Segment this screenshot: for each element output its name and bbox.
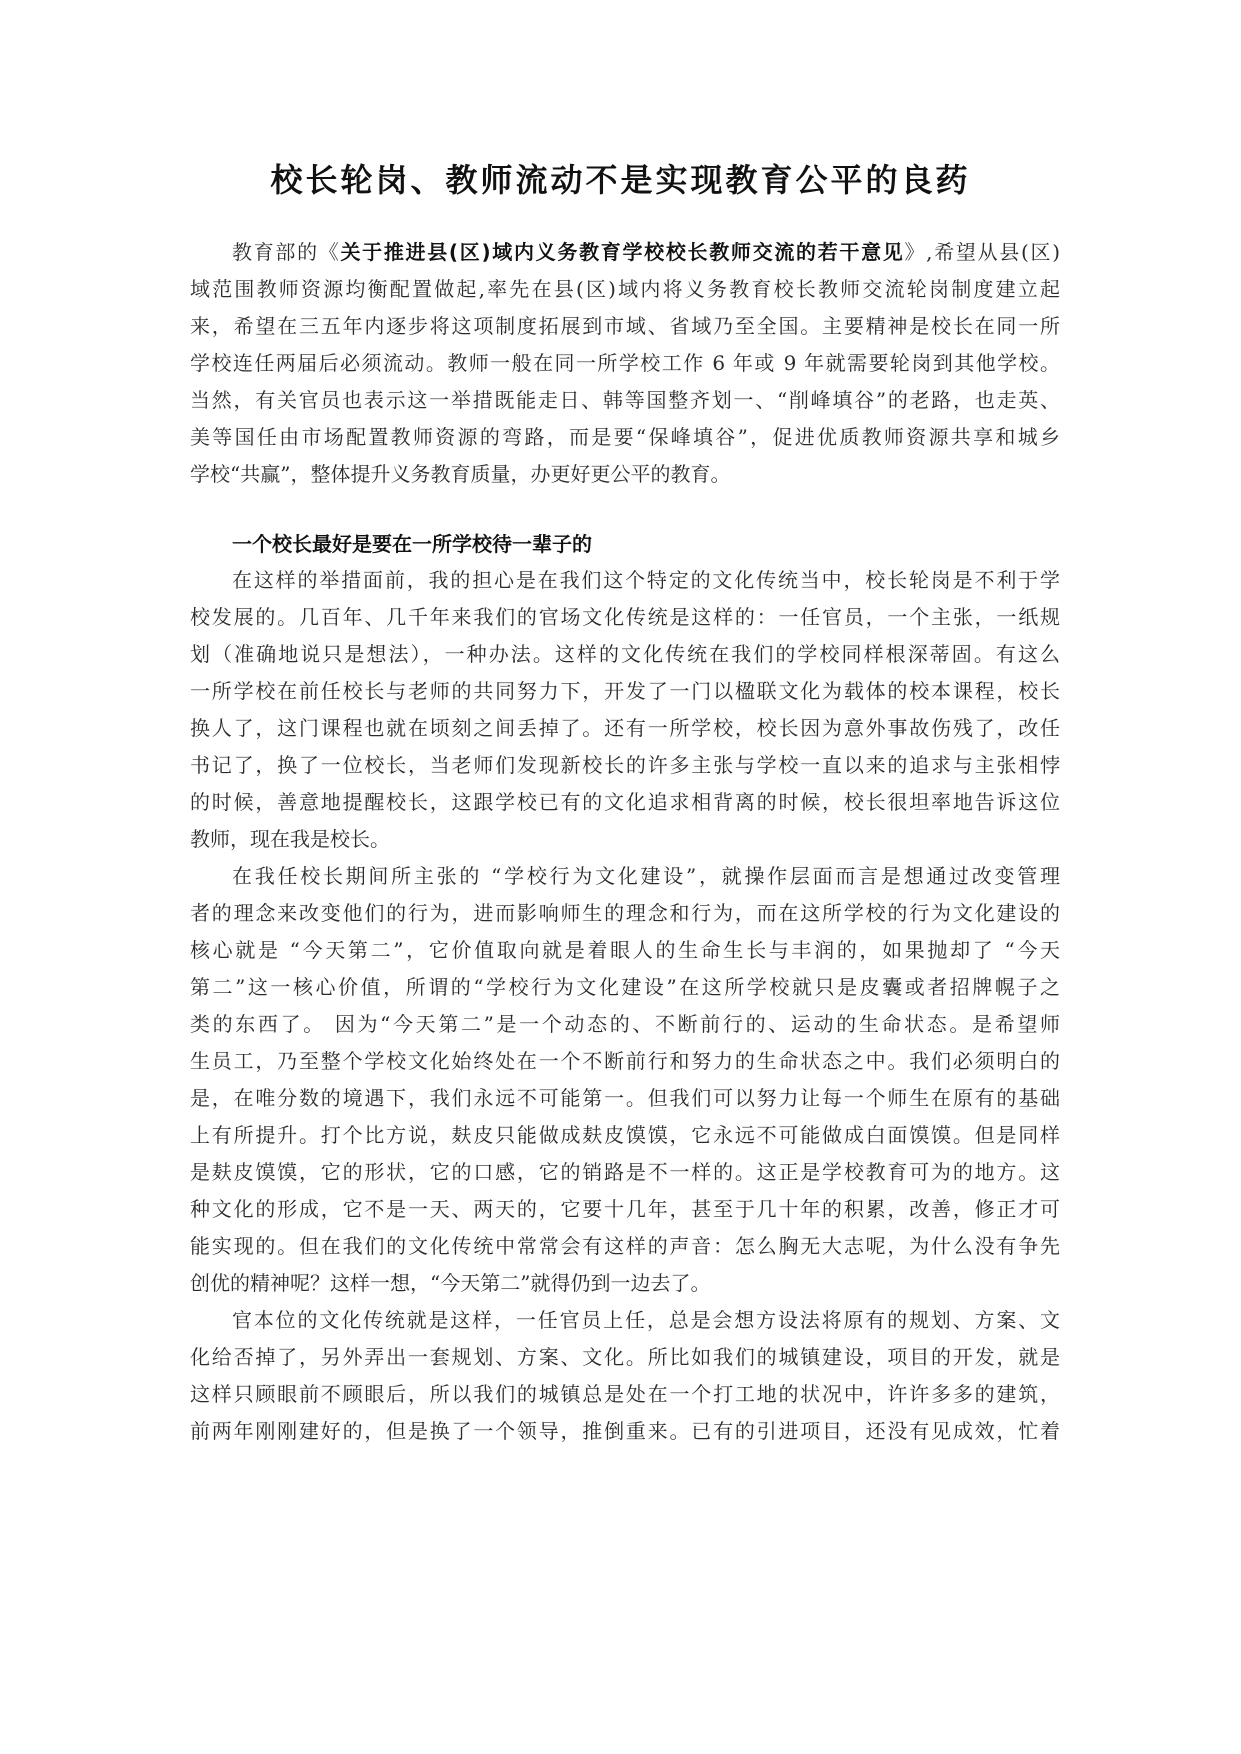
paragraph-3-line-7: 是，在唯分数的境遇下，我们永远不可能第一。但我们可以努力让每一个师生在原有的基础: [190, 1080, 1060, 1116]
document-title: 校长轮岗、教师流动不是实现教育公平的良药: [0, 160, 1241, 200]
paragraph-2-line-2: 校发展的。几百年、几千年来我们的官场文化传统是这样的：一任官员，一个主张，一纸规: [190, 599, 1060, 635]
paragraph-3-line-8: 上有所提升。打个比方说，麸皮只能做成麸皮馍馍，它永远不可能做成白面馍馍。但是同样: [190, 1117, 1060, 1153]
paragraph-3-line-5: 类的东西了。 因为“今天第二”是一个动态的、不断前行的、运动的生命状态。是希望师: [190, 1006, 1060, 1042]
paragraph-1-line-2: 域范围教师资源均衡配置做起,率先在县(区)域内将义务教育校长教师交流轮岗制度建立…: [190, 271, 1060, 307]
paragraph-3-line-2: 者的理念来改变他们的行为，进而影响师生的理念和行为，而在这所学校的行为文化建设的: [190, 895, 1060, 931]
paragraph-4-line-3: 这样只顾眼前不顾眼后，所以我们的城镇总是处在一个打工地的状况中，许许多多的建筑，: [190, 1376, 1060, 1412]
paragraph-2-line-7: 的时候，善意地提醒校长，这跟学校已有的文化追求相背离的时候，校长很坦率地告诉这位: [190, 784, 1060, 820]
paragraph-2-line-3: 划（准确地说只是想法），一种办法。这样的文化传统在我们的学校同样根深蒂固。有这么: [190, 636, 1060, 672]
paragraph-2-line-8: 教师，现在我是校长。: [190, 821, 1060, 857]
paragraph-1-line-6: 美等国任由市场配置教师资源的弯路，而是要“保峰填谷”，促进优质教师资源共享和城乡: [190, 419, 1060, 455]
paragraph-3-line-4: 第二”这一核心价值，所谓的“学校行为文化建设”在这所学校就只是皮囊或者招牌幌子之: [190, 969, 1060, 1005]
paragraph-1-line-4: 学校连任两届后必须流动。教师一般在同一所学校工作 6 年或 9 年就需要轮岗到其…: [190, 345, 1060, 381]
paragraph-2-line-1: 在这样的举措面前，我的担心是在我们这个特定的文化传统当中，校长轮岗是不利于学: [232, 562, 1060, 598]
paragraph-1-line-7: 学校“共赢”，整体提升义务教育质量，办更好更公平的教育。: [190, 456, 1060, 492]
paragraph-1-line-1: 教育部的《关于推进县(区)域内义务教育学校校长教师交流的若干意见》,希望从县(区…: [232, 234, 1060, 270]
paragraph-1-line-5: 当然，有关官员也表示这一举措既能走日、韩等国整齐划一、“削峰填谷”的老路，也走英…: [190, 382, 1060, 418]
paragraph-3-line-9: 是麸皮馍馍，它的形状，它的口感，它的销路是不一样的。这正是学校教育可为的地方。这: [190, 1154, 1060, 1190]
paragraph-2-line-4: 一所学校在前任校长与老师的共同努力下，开发了一门以楹联文化为载体的校本课程，校长: [190, 673, 1060, 709]
text-run: 教育部的《: [232, 240, 340, 264]
paragraph-3-line-3: 核心就是 “今天第二”，它价值取向就是着眼人的生命生长与丰润的，如果抛却了 “今…: [190, 932, 1060, 968]
paragraph-4-line-1: 官本位的文化传统就是这样，一任官员上任，总是会想方设法将原有的规划、方案、文: [232, 1302, 1060, 1338]
paragraph-1-line-3: 来，希望在三五年内逐步将这项制度拓展到市域、省域乃至全国。主要精神是校长在同一所: [190, 308, 1060, 344]
section-heading: 一个校长最好是要在一所学校待一辈子的: [232, 526, 592, 562]
paragraph-2-line-5: 换人了，这门课程也就在顷刻之间丢掉了。还有一所学校，校长因为意外事故伤残了，改任: [190, 710, 1060, 746]
paragraph-3-line-6: 生员工，乃至整个学校文化始终处在一个不断前行和努力的生命状态之中。我们必须明白的: [190, 1043, 1060, 1079]
paragraph-3-line-11: 能实现的。但在我们的文化传统中常常会有这样的声音：怎么胸无大志呢，为什么没有争先: [190, 1228, 1060, 1264]
paragraph-3-line-12: 创优的精神呢？这样一想，“今天第二”就得仍到一边去了。: [190, 1265, 1060, 1301]
text-run: 》,希望从县(区): [904, 240, 1060, 264]
document-page: 校长轮岗、教师流动不是实现教育公平的良药 教育部的《关于推进县(区)域内义务教育…: [0, 0, 1241, 1754]
document-reference-title: 关于推进县(区)域内义务教育学校校长教师交流的若干意见: [340, 240, 904, 264]
paragraph-2-line-6: 书记了，换了一位校长，当老师们发现新校长的许多主张与学校一直以来的追求与主张相悖: [190, 747, 1060, 783]
paragraph-3-line-10: 种文化的形成，它不是一天、两天的，它要十几年，甚至于几十年的积累，改善，修正才可: [190, 1191, 1060, 1227]
paragraph-4-line-2: 化给否掉了，另外弄出一套规划、方案、文化。所比如我们的城镇建设，项目的开发，就是: [190, 1339, 1060, 1375]
paragraph-3-line-1: 在我任校长期间所主张的 “学校行为文化建设”，就操作层面而言是想通过改变管理: [232, 858, 1060, 894]
paragraph-4-line-4: 前两年刚刚建好的，但是换了一个领导，推倒重来。已有的引进项目，还没有见成效，忙着: [190, 1413, 1060, 1449]
